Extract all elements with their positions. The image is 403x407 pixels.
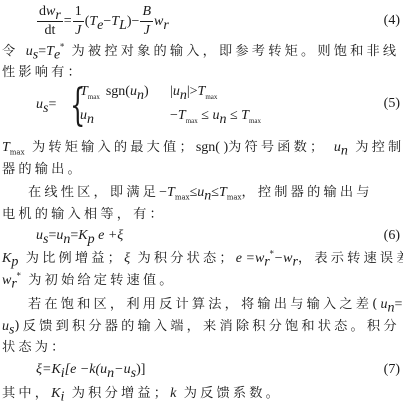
equation-number-5: (5) [384,96,400,112]
text-line: us)反馈到积分器的输入端，来消除积分饱和状态。积分 [2,317,401,337]
text-line: 若在饱和区，利用反计算法，将输出与输入之差(un= [28,295,401,315]
text-line: 状态为： [2,338,401,358]
equation-number-4: (4) [384,13,400,29]
text-line: 令 us=Te* 为被控对象的输入，即参考转矩。则饱和非线 [2,42,401,62]
eq4-frac-1-over-j: 1 J [73,4,84,39]
text-line: 其中，Ki 为积分增益；k 为反馈系数。 [2,384,401,404]
equation-5: us= { Tmaxsgn(un) |un|>Tmax un −Tmax ≤ u… [0,84,403,132]
equation-number-6: (6) [384,228,400,244]
text-line: 电机的输入相等，有： [2,205,401,225]
equation-7: ξ=Ki[e −k(un−us)] (7) [0,362,403,382]
equation-number-7: (7) [384,362,400,378]
text-line: Tmax 为转矩输入的最大值；sgn( )为符号函数； un 为控制 [2,138,401,158]
text-line: Kp 为比例增益；ξ 为积分状态；e =wr*−wr，表示转速误差； [2,249,401,269]
text-line: 在线性区，即满足−Tmax≤un≤Tmax，控制器的输出与 [28,183,401,203]
case-1-condition: |un|>Tmax [170,84,217,100]
text-line: wr* 为初始给定转速值。 [2,271,401,291]
text-line: 性影响有： [2,63,401,83]
case-1-expression: Tmaxsgn(un) [80,84,149,100]
eq4-lhs-fraction: dwr dt [37,4,63,39]
text-line: 器的输出。 [2,160,401,180]
equation-4: dwr dt = 1 J (Te−TL)− B J wr (4) [0,4,403,40]
equation-6: us=un=Kp e +ξ (6) [0,228,403,248]
case-2-expression: un [80,108,94,124]
case-2-condition: −Tmax ≤ un ≤ Tmax [170,108,261,124]
eq4-frac-b-over-j: B J [140,4,153,39]
